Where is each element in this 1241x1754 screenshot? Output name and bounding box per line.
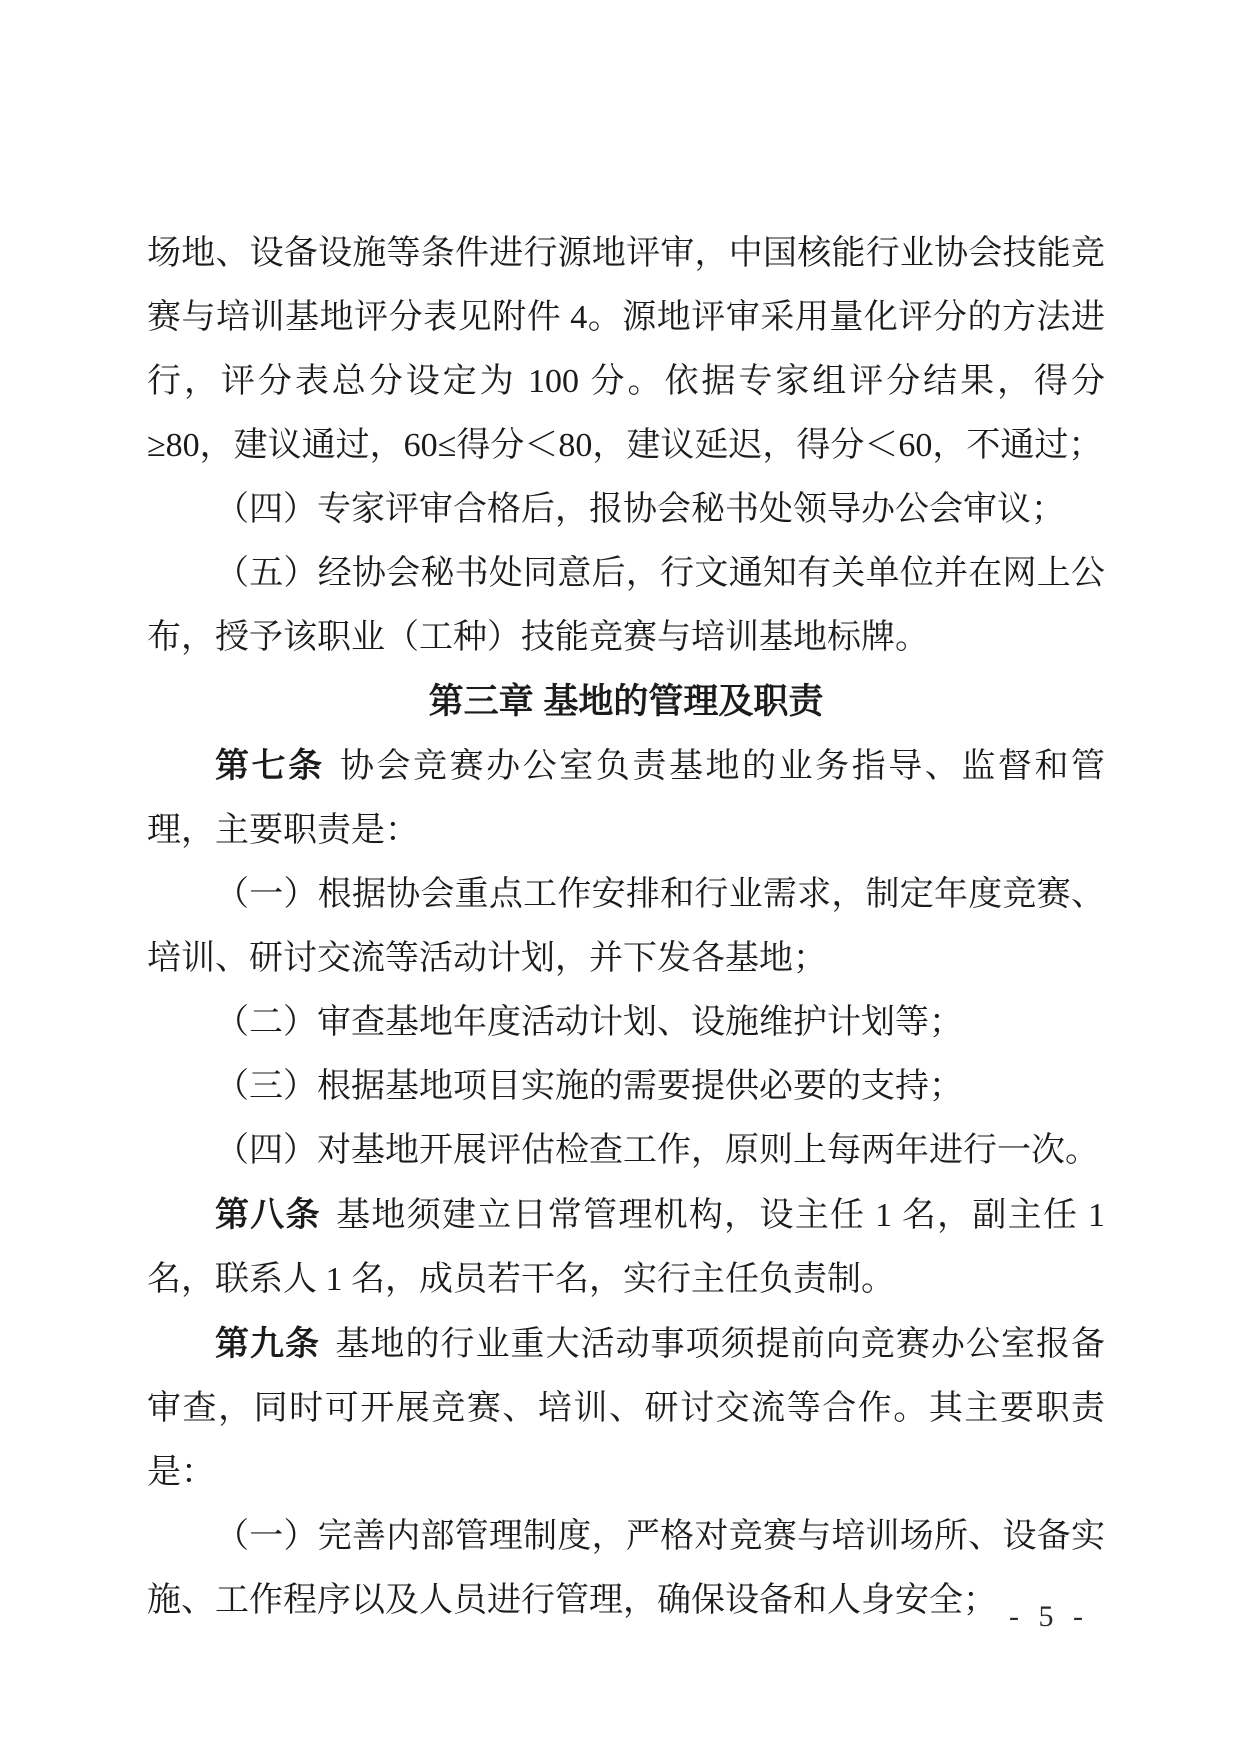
article-9-item-1: （一）完善内部管理制度，严格对竞赛与培训场所、设备实施、工作程序以及人员进行管理… bbox=[147, 1505, 1105, 1633]
article-7-paragraph: 第七条协会竞赛办公室负责基地的业务指导、监督和管理，主要职责是： bbox=[147, 734, 1105, 863]
article-7-item-2: （二）审查基地年度活动计划、设施维护计划等； bbox=[147, 991, 1105, 1055]
article-8-paragraph: 第八条基地须建立日常管理机构，设主任 1 名，副主任 1 名，联系人 1 名，成… bbox=[147, 1183, 1105, 1312]
document-body: 场地、设备设施等条件进行源地评审，中国核能行业协会技能竞赛与培训基地评分表见附件… bbox=[147, 222, 1105, 1633]
chapter-heading: 第三章 基地的管理及职责 bbox=[147, 670, 1105, 734]
article-7-number: 第七条 bbox=[215, 747, 325, 785]
article-8-number: 第八条 bbox=[215, 1196, 321, 1234]
page-number: - 5 - bbox=[1009, 1597, 1089, 1637]
article-7-item-4: （四）对基地开展评估检查工作，原则上每两年进行一次。 bbox=[147, 1119, 1105, 1183]
list-item-four: （四）专家评审合格后，报协会秘书处领导办公会审议； bbox=[147, 478, 1105, 542]
list-item-five: （五）经协会秘书处同意后，行文通知有关单位并在网上公布，授予该职业（工种）技能竞… bbox=[147, 542, 1105, 670]
article-9-number: 第九条 bbox=[215, 1325, 320, 1363]
article-7-item-1: （一）根据协会重点工作安排和行业需求，制定年度竞赛、培训、研讨交流等活动计划，并… bbox=[147, 863, 1105, 991]
document-page: 场地、设备设施等条件进行源地评审，中国核能行业协会技能竞赛与培训基地评分表见附件… bbox=[0, 0, 1241, 1754]
continuation-paragraph: 场地、设备设施等条件进行源地评审，中国核能行业协会技能竞赛与培训基地评分表见附件… bbox=[147, 222, 1105, 478]
article-9-paragraph: 第九条基地的行业重大活动事项须提前向竞赛办公室报备审查，同时可开展竞赛、培训、研… bbox=[147, 1312, 1105, 1505]
article-7-item-3: （三）根据基地项目实施的需要提供必要的支持； bbox=[147, 1055, 1105, 1119]
